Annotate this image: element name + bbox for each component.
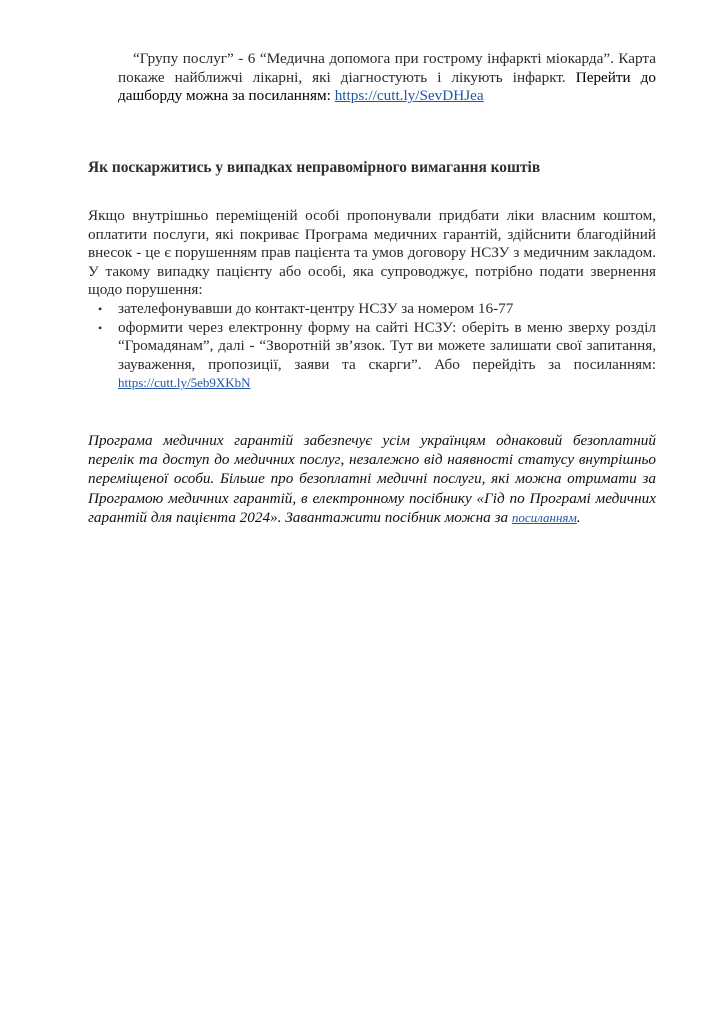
feedback-link[interactable]: https://cutt.ly/5eb9XKbN	[118, 375, 251, 390]
dashboard-link[interactable]: https://cutt.ly/SevDHJea	[335, 87, 484, 104]
document-page: “Групу послуг” - 6 “Медична допомога при…	[0, 0, 724, 1024]
closing-paragraph: Програма медичних гарантій забезпечує ус…	[88, 431, 656, 527]
closing-end: .	[577, 509, 581, 526]
intro-paragraph: “Групу послуг” - 6 “Медична допомога при…	[118, 50, 656, 106]
bullet-icon: •	[98, 319, 102, 338]
list-item-text: зателефонувавши до контакт-центру НСЗУ з…	[118, 300, 513, 317]
complaint-paragraph: Якщо внутрішньо переміщеній особі пропон…	[88, 207, 656, 300]
list-item-text: оформити через електронну форму на сайті…	[118, 319, 656, 373]
guide-download-link[interactable]: посиланням	[512, 510, 577, 525]
list-item-phone: • зателефонувавши до контакт-центру НСЗУ…	[88, 300, 656, 319]
list-item-online-form: • оформити через електронну форму на сай…	[88, 319, 656, 393]
section-heading: Як поскаржитись у випадках неправомірног…	[88, 158, 668, 177]
bullet-icon: •	[98, 300, 102, 319]
complaint-options-list: • зателефонувавши до контакт-центру НСЗУ…	[88, 300, 656, 393]
